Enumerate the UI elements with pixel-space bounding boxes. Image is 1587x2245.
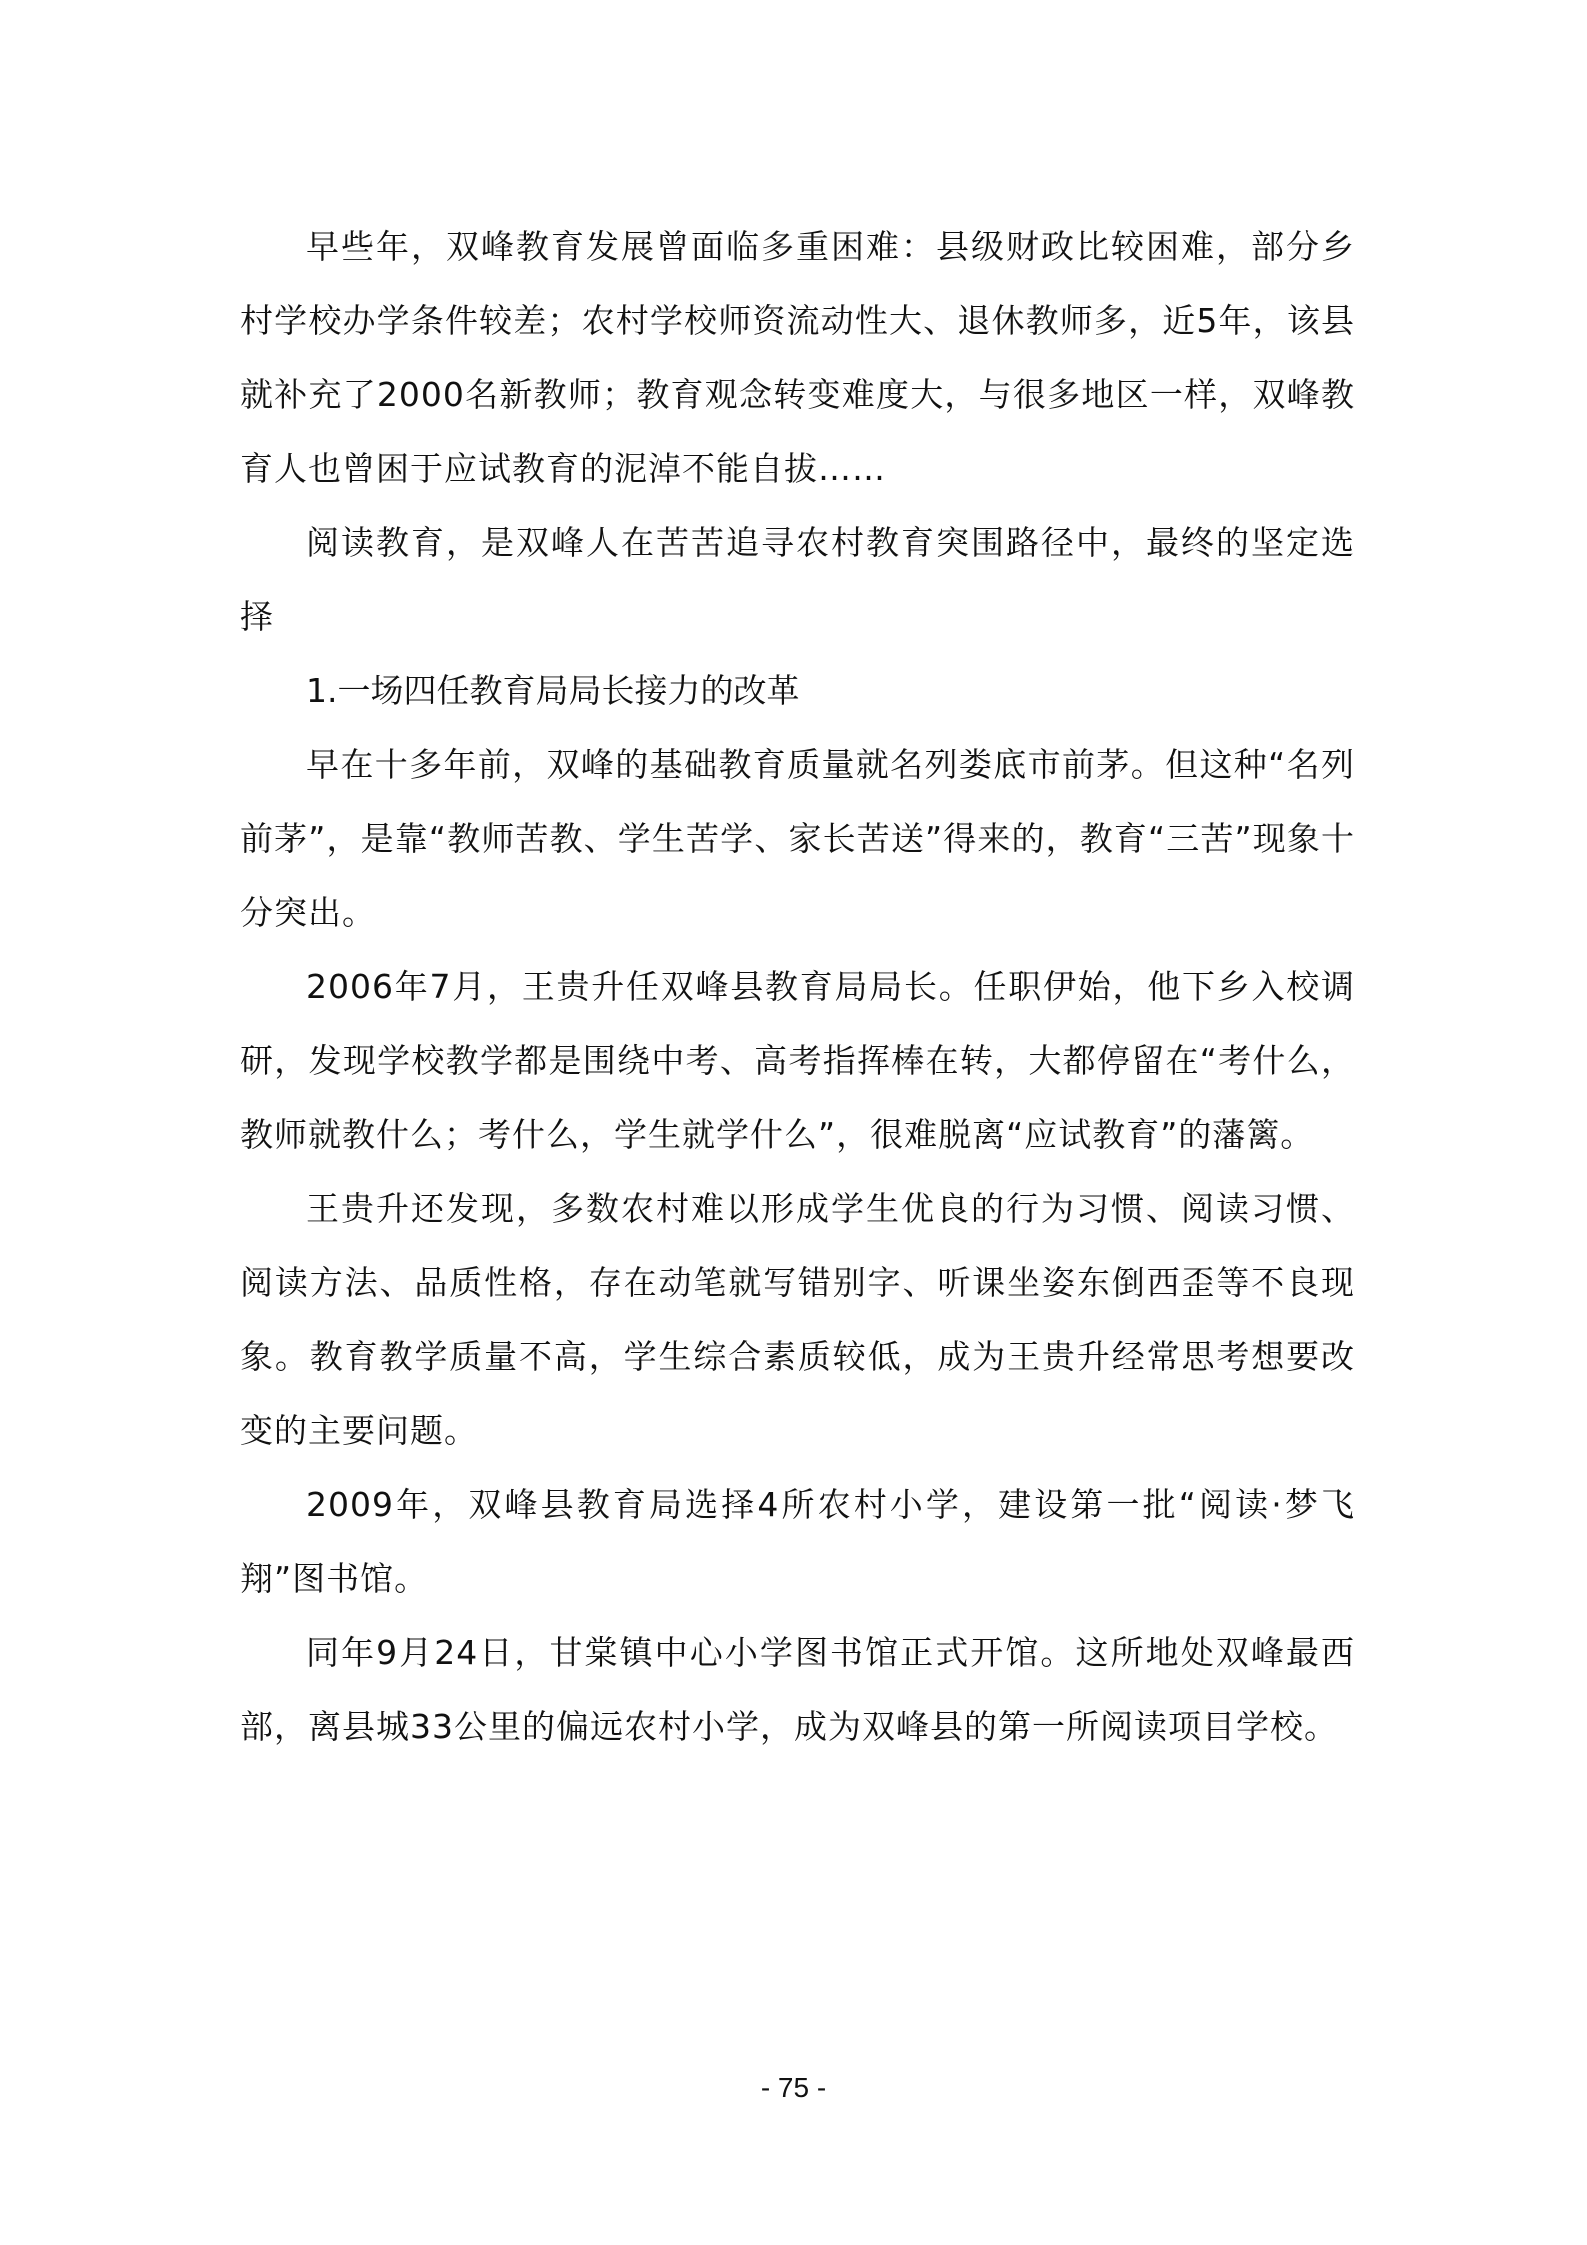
section-heading: 1.一场四任教育局局长接力的改革 [240,654,1355,728]
paragraph-ranking: 早在十多年前，双峰的基础教育质量就名列娄底市前茅。但这种“名列前茅”，是靠“教师… [240,728,1355,950]
page-number: - 75 - [0,2072,1587,2104]
paragraph-reading-choice: 阅读教育，是双峰人在苦苦追寻农村教育突围路径中，最终的坚定选择 [240,506,1355,654]
paragraph-difficulties: 早些年，双峰教育发展曾面临多重困难：县级财政比较困难，部分乡村学校办学条件较差；… [240,210,1355,506]
paragraph-first-library: 同年9月24日，甘棠镇中心小学图书馆正式开馆。这所地处双峰最西部，离县城33公里… [240,1616,1355,1764]
paragraph-problems: 王贵升还发现，多数农村难以形成学生优良的行为习惯、阅读习惯、阅读方法、品质性格，… [240,1172,1355,1468]
paragraph-2006: 2006年7月，王贵升任双峰县教育局局长。任职伊始，他下乡入校调研，发现学校教学… [240,950,1355,1172]
paragraph-2009: 2009年，双峰县教育局选择4所农村小学，建设第一批“阅读·梦飞翔”图书馆。 [240,1468,1355,1616]
document-page: 早些年，双峰教育发展曾面临多重困难：县级财政比较困难，部分乡村学校办学条件较差；… [240,210,1355,1764]
